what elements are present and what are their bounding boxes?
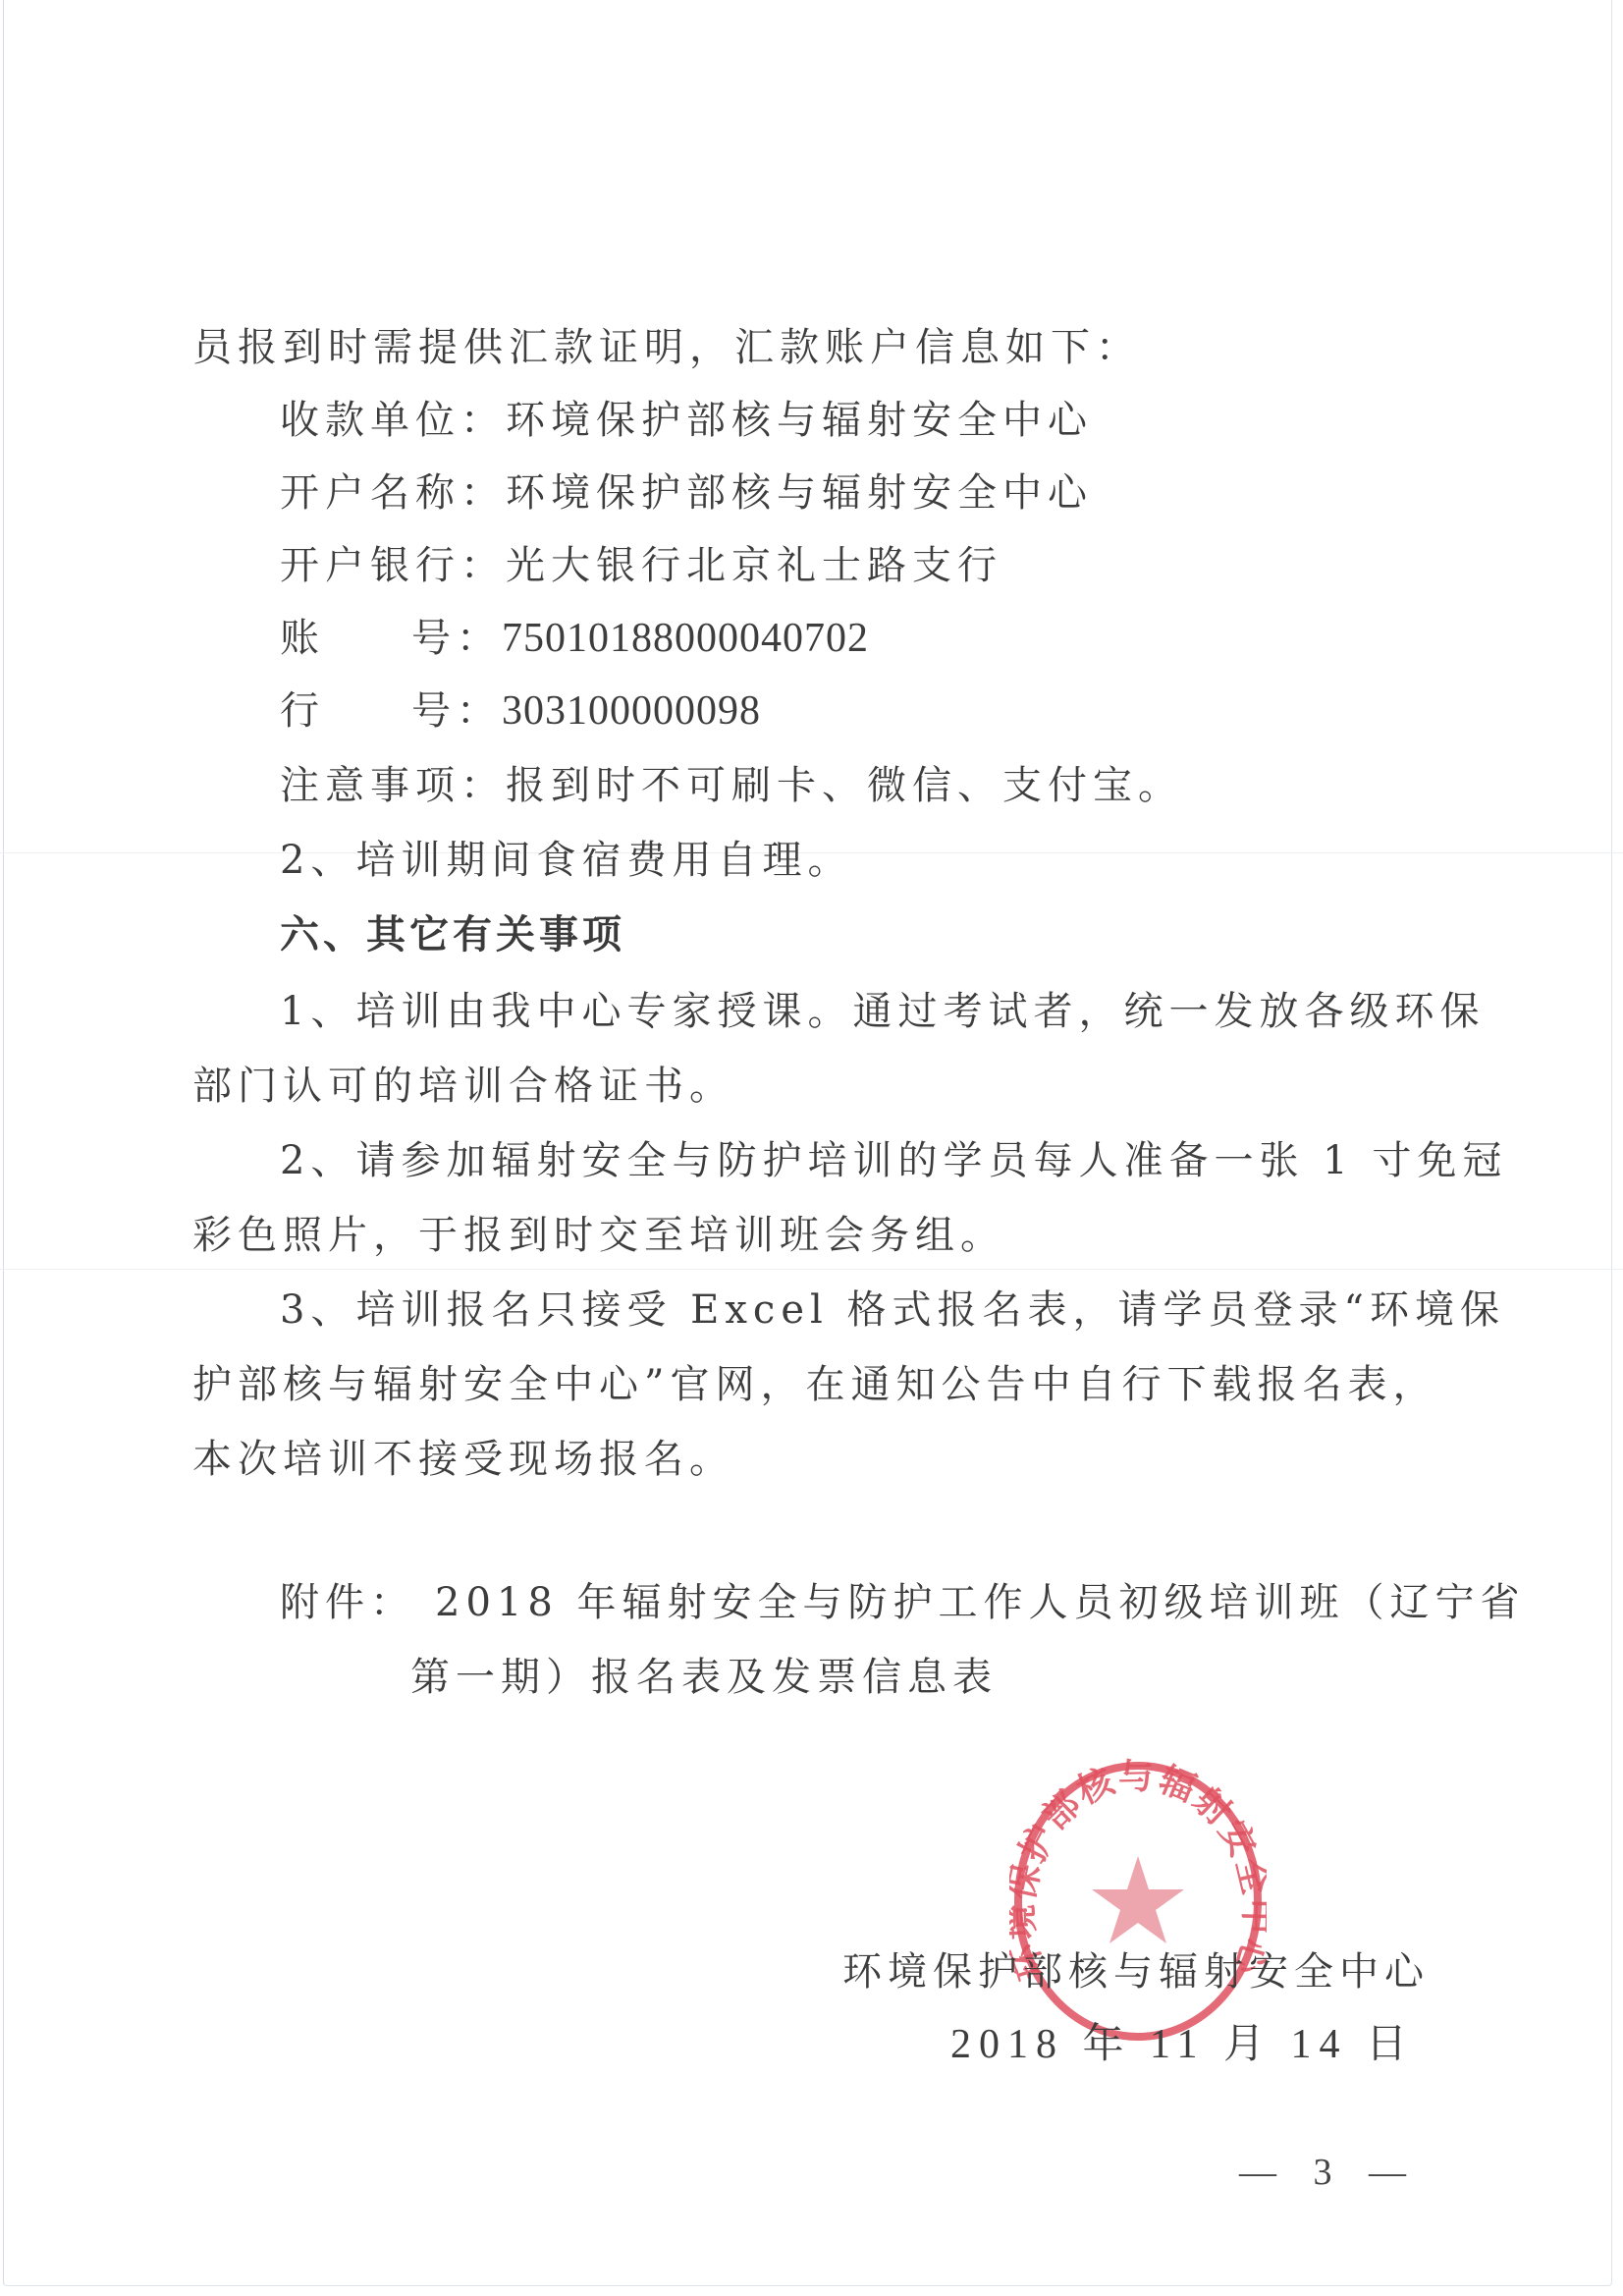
signature-date: 2018 年 11 月 14 日 <box>950 2021 1415 2068</box>
bank-value: 光大银行北京礼士路支行 <box>506 543 1002 588</box>
fees-item: 2、培训期间食宿费用自理。 <box>280 837 852 884</box>
bank-row: 开户银行：光大银行北京礼士路支行 <box>280 542 1002 589</box>
account-name-value: 环境保护部核与辐射安全中心 <box>506 470 1093 516</box>
account-name-row: 开户名称：环境保护部核与辐射安全中心 <box>280 469 1093 517</box>
section-6-item-2-line-2: 彩色照片，于报到时交至培训班会务组。 <box>192 1212 1005 1259</box>
notes-label: 注意事项： <box>280 763 506 808</box>
notes-value: 报到时不可刷卡、微信、支付宝。 <box>506 763 1183 808</box>
continuation-line: 员报到时需提供汇款证明，汇款账户信息如下： <box>192 324 1141 371</box>
account-name-label: 开户名称： <box>280 470 506 516</box>
bank-label: 开户银行： <box>280 543 506 588</box>
bank-code-value: 303100000098 <box>502 688 761 734</box>
star-icon <box>1092 1856 1184 1943</box>
section-6-item-2-line-1: 2、请参加辐射安全与防护培训的学员每人准备一张 1 寸免冠 <box>280 1137 1507 1184</box>
bank-code-label: 行号 <box>280 687 457 735</box>
account-number-value: 75010188000040702 <box>502 616 869 661</box>
section-6-item-3-line-2: 护部核与辐射安全中心”官网，在通知公告中自行下载报名表， <box>192 1361 1437 1408</box>
account-number-row: 账号：75010188000040702 <box>280 615 869 662</box>
page-number: — 3 — <box>1239 2151 1420 2194</box>
scan-artifact-line <box>0 1269 1623 1270</box>
section-6-item-3-line-3: 本次培训不接受现场报名。 <box>192 1436 734 1483</box>
attachment-title: 2018 年辐射安全与防护工作人员初级培训班（辽宁省 <box>435 1580 1526 1625</box>
account-number-label: 账号 <box>280 615 457 662</box>
section-6-heading: 六、其它有关事项 <box>280 911 625 958</box>
payee-value: 环境保护部核与辐射安全中心 <box>506 398 1093 443</box>
payee-row: 收款单位：环境保护部核与辐射安全中心 <box>280 397 1093 444</box>
section-6-item-1-line-2: 部门认可的培训合格证书。 <box>192 1063 734 1110</box>
bank-code-row: 行号：303100000098 <box>280 687 761 735</box>
attachment-line-1: 附件：2018 年辐射安全与防护工作人员初级培训班（辽宁省 <box>280 1579 1526 1626</box>
section-6-item-3-line-1: 3、培训报名只接受 Excel 格式报名表，请学员登录“环境保 <box>280 1286 1505 1334</box>
section-6-item-1-line-1: 1、培训由我中心专家授课。通过考试者，统一发放各级环保 <box>280 988 1485 1035</box>
attachment-label: 附件： <box>280 1580 415 1625</box>
official-seal-stamp: 环境保护部核与辐射安全中心 <box>1009 1758 1267 2045</box>
payee-label: 收款单位： <box>280 398 506 443</box>
attachment-line-2: 第一期）报名表及发票信息表 <box>410 1654 998 1701</box>
notes-row: 注意事项：报到时不可刷卡、微信、支付宝。 <box>280 762 1183 809</box>
signature-organization: 环境保护部核与辐射安全中心 <box>842 1948 1430 1995</box>
